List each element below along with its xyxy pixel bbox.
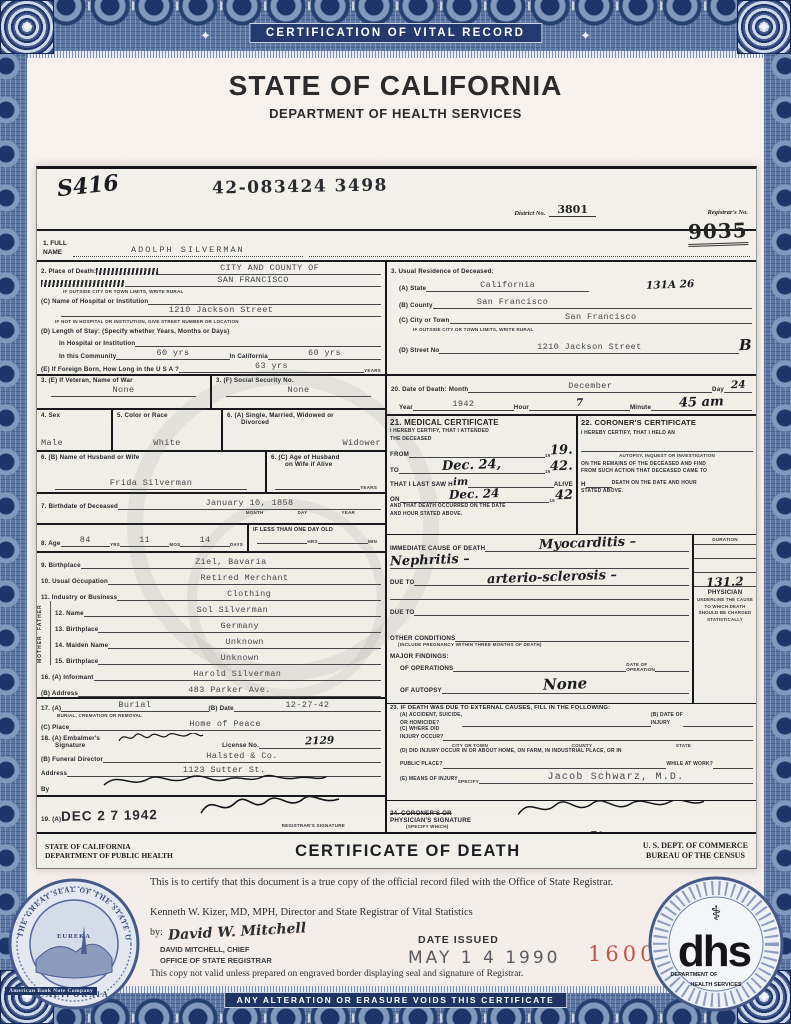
father-name-label: 12. Name: [55, 610, 84, 617]
date-issued-stamp: MAY 1 4 1990: [408, 948, 560, 968]
street-note: IF NOT IN HOSPITAL OR INSTITUTION, GIVE …: [55, 319, 239, 324]
state-sub: STATE: [676, 743, 691, 748]
father-birthplace-value: Germany: [220, 621, 259, 631]
spouse-age-years: YEARS: [360, 485, 377, 490]
rural-note: IF OUTSIDE CITY OR TOWN LIMITS, WRITE RU…: [63, 289, 183, 294]
border-right-lace: [764, 0, 791, 1024]
cause-of-death-section: IMMEDIATE CAUSE OF DEATH Myocarditis – N…: [387, 534, 756, 703]
bio-rows: 9. Birthplace Ziel, Bavaria 10. Usual Oc…: [37, 553, 385, 601]
dhs-sub2: HEALTH SERVICES: [690, 982, 741, 988]
duration-rule: [694, 559, 756, 573]
hrs-label: HRS: [307, 539, 317, 544]
physician-note: UNDERLINE THE CAUSE TO WHICH DEATH SHOUL…: [694, 596, 756, 624]
embalmer-section: 18. (A) Embalmer'sSignature License No. …: [37, 733, 385, 797]
disposition-value: Burial: [118, 700, 151, 710]
bank-note-company-label: American Bank Note Company: [5, 987, 97, 995]
certify-statement: This is to certify that this document is…: [150, 876, 670, 890]
immediate-cause-label: IMMEDIATE CAUSE OF DEATH: [390, 545, 485, 552]
page-subtitle: DEPARTMENT OF HEALTH SERVICES: [0, 106, 791, 121]
street-label: (D) Street No: [399, 347, 439, 354]
due-to-1-hw: arterio-sclerosis –: [487, 569, 617, 587]
race-cell: 5. Color or Race White: [113, 410, 223, 450]
physician-address-hw: 450 Sutter St: [506, 830, 604, 832]
spouse-label: 6. (B) Name of Husband or Wife: [41, 454, 261, 461]
age-label: 8. Age: [41, 540, 61, 547]
license-value: 2129: [305, 735, 335, 747]
mos-unit: MOS: [169, 542, 180, 547]
informant-value: Harold Silverman: [193, 669, 281, 679]
district-value: 3801: [549, 203, 596, 217]
day-label: Day: [712, 386, 724, 393]
registrar-label: Registrar's No.: [708, 209, 748, 216]
disposition-label: 17. (A): [41, 705, 61, 712]
burial-date-value: 12-27-42: [285, 700, 329, 710]
place-value-2: SAN FRANCISCO: [217, 275, 289, 285]
hatch-strip-top: [27, 51, 764, 58]
certification-banner: CERTIFICATION OF VITAL RECORD: [249, 23, 542, 43]
state-value: California: [480, 280, 535, 290]
ssn-cell: 3. (F) Social Security No. None: [212, 376, 385, 408]
sex-race-marital-row: 4. Sex Male 5. Color or Race White 6. (A…: [37, 410, 385, 452]
age-days: 14: [200, 535, 211, 545]
hospital-value: 1210 Jackson Street: [169, 305, 274, 315]
duration-header: DURATION: [694, 535, 756, 545]
footer-right: U. S. DEPT. OF COMMERCEBUREAU OF THE CEN…: [643, 841, 748, 860]
state-label: (A) State: [399, 285, 426, 292]
birthdate-value: January 10, 1858: [206, 498, 294, 508]
county-label: (B) County: [399, 302, 433, 309]
occupation-label: 10. Usual Occupation: [41, 578, 108, 585]
cause-line1-hw: Myocarditis –: [538, 535, 636, 551]
father-birthplace-label: 13. Birthplace: [55, 626, 98, 633]
due-to-1-label: DUE TO: [390, 579, 414, 586]
full-name-row: 1. FULLNAME ADOLPH SILVERMAN: [37, 229, 756, 262]
foreign-born-value: 63 yrs: [255, 361, 288, 371]
age-years: 84: [80, 535, 91, 545]
means-of-injury-label: (E) MEANS OF INJURY: [400, 776, 458, 784]
great-seal-eureka: EUREKA: [57, 933, 91, 940]
hour-label: Hour: [514, 404, 529, 411]
full-name-value: ADOLPH SILVERMAN: [131, 245, 245, 255]
footer-left: STATE OF CALIFORNIADEPARTMENT OF PUBLIC …: [45, 842, 173, 861]
parents-section: FATHER MOTHER 12. Name Sol Silverman 13.…: [37, 601, 385, 665]
sex-label: 4. Sex: [41, 412, 107, 419]
month-sub: MONTH: [246, 510, 264, 515]
birthplace-label: 9. Birthplace: [41, 562, 81, 569]
certificate-footer: STATE OF CALIFORNIADEPARTMENT OF PUBLIC …: [37, 832, 756, 868]
major-findings-label: MAJOR FINDINGS:: [390, 653, 449, 660]
registrar-row-label: 19. (A): [41, 816, 61, 823]
certificate-of-death-title: CERTIFICATE OF DEATH: [179, 842, 637, 861]
days-unit: DAYS: [230, 542, 243, 547]
alteration-warning-banner: ANY ALTERATION OR ERASURE VOIDS THIS CER…: [224, 992, 568, 1008]
star-icon: ✦: [580, 28, 591, 44]
specify-note: SPECIFY: [458, 779, 479, 784]
place-of-death-section: 2. Place of Death: CITY AND COUNTY OF SA…: [37, 262, 385, 376]
dhs-seal: ⚕ dhs DEPARTMENT OF HEALTH SERVICES: [646, 874, 786, 1014]
year-sub: YEAR: [341, 510, 355, 515]
street-margin-handwritten: B: [739, 336, 752, 354]
full-name-label: 1. FULLNAME: [43, 240, 67, 257]
residence-section: 3. Usual Residence of Deceased: (A) Stat…: [387, 262, 756, 376]
birthplace-value: Ziel, Bavaria: [195, 557, 267, 567]
to-label: TO: [390, 467, 399, 474]
where-injury-label: (C) WHERE DIDINJURY OCCUR?: [400, 726, 443, 741]
parents-tags: FATHER MOTHER: [37, 601, 51, 665]
spouse-age-label: 6. (C) Age of Husbandon Wife if Alive: [271, 454, 381, 468]
war-ssn-row: 3. (E) If Veteran, Name of War None 3. (…: [37, 376, 385, 410]
foreign-born-label: (E) If Foreign Born, How Long in the U S…: [41, 366, 179, 373]
left-column: 2. Place of Death: CITY AND COUNTY OF SA…: [37, 262, 387, 832]
physician-signature-scribble: [512, 800, 712, 820]
operations-label: OF OPERATIONS: [400, 665, 453, 672]
industry-value: Clothing: [227, 589, 271, 599]
coroner-body4: STATED ABOVE.: [581, 488, 753, 496]
marital-cell: 6. (A) Single, Married, Widowed orDivorc…: [223, 410, 385, 450]
coroner-certificate-cell: 22. CORONER'S CERTIFICATE I HEREBY CERTI…: [578, 416, 756, 534]
birthdate-row: 7. Birthdate of Deceased January 10, 185…: [37, 494, 385, 525]
medical-closing-text: AND THAT DEATH OCCURRED ON THE DATEAND H…: [390, 503, 573, 518]
medical-certificate-title: 21. MEDICAL CERTIFICATE: [390, 417, 573, 428]
spouse-cell: 6. (B) Name of Husband or Wife Frida Sil…: [37, 452, 265, 492]
mother-tag: MOTHER: [37, 633, 50, 665]
death-certificate-copy: S416 42-083424 3498 District No. 3801 Re…: [36, 166, 757, 869]
min-label: MIN: [368, 539, 377, 544]
ssn-value: None: [287, 385, 309, 395]
mother-birthplace-label: 15. Birthplace: [55, 658, 98, 665]
registrar-signature-label: REGISTRAR'S SIGNATURE: [282, 823, 345, 828]
mother-maiden-value: Unknown: [225, 637, 264, 647]
industry-label: 11. Industry or Business: [41, 594, 117, 601]
embalmer-label: 18. (A) Embalmer'sSignature: [41, 735, 100, 749]
right-column: 3. Usual Residence of Deceased: (A) Stat…: [387, 262, 756, 832]
external-causes-section: 23. IF DEATH WAS DUE TO EXTERNAL CAUSES,…: [387, 703, 756, 800]
burial-date-label: (B) Date: [209, 705, 234, 712]
birthdate-label: 7. Birthdate of Deceased: [41, 503, 118, 510]
informant-address-label: (B) Address: [41, 690, 78, 697]
death-month: December: [568, 381, 612, 391]
vital-record-page: ✦ ✦ ✦ ✦ ✦ CERTIFICATION OF VITAL RECORD …: [0, 0, 791, 1024]
by-label: By: [41, 786, 49, 793]
certificate-columns: 2. Place of Death: CITY AND COUNTY OF SA…: [37, 262, 756, 832]
length-of-stay-label: (D) Length of Stay: (Specify whether Yea…: [41, 328, 229, 335]
duration-rule: [694, 545, 756, 559]
did-injury-occur-label: (D) DID INJURY OCCUR IN OR ABOUT HOME, O…: [390, 748, 753, 756]
spouse-row: 6. (B) Name of Husband or Wife Frida Sil…: [37, 452, 385, 494]
registrar-statement: Kenneth W. Kizer, MD, MPH, Director and …: [150, 907, 690, 918]
district-label: District No.: [514, 210, 545, 217]
city-value: San Francisco: [565, 312, 637, 322]
death-hour: 7: [576, 398, 584, 409]
sex-cell: 4. Sex Male: [37, 410, 113, 450]
father-tag: FATHER: [37, 601, 50, 633]
other-conditions-label: OTHER CONDITIONS: [390, 635, 455, 642]
physician-signature-section: 24. CORONER'S ORPHYSICIAN'S SIGNATURE (S…: [387, 800, 756, 832]
county-value: San Francisco: [477, 297, 549, 307]
street-value: 1210 Jackson Street: [537, 342, 642, 352]
validity-note: This copy not valid unless prepared on e…: [150, 969, 690, 979]
mother-birthplace-value: Unknown: [220, 653, 259, 663]
due-to-2-label: DUE TO: [390, 609, 414, 616]
residence-label: 3. Usual Residence of Deceased:: [391, 268, 494, 275]
caduceus-icon: ⚕: [711, 903, 722, 925]
by-label: by:: [150, 927, 163, 938]
accident-label: (A) ACCIDENT, SUICIDE,OR HOMICIDE?: [400, 712, 462, 727]
death-day: 24: [731, 380, 746, 391]
physician-name-typed: Jacob Schwarz, M.D.: [548, 772, 685, 783]
district-number: District No. 3801: [514, 203, 596, 217]
death-minute: 45 am: [679, 395, 724, 410]
margin-code-handwritten: 131A 26: [646, 279, 695, 291]
autopsy-inquest-note: AUTOPSY, INQUEST OR INVESTIGATION: [581, 452, 753, 461]
public-place-label: PUBLIC PLACE?: [400, 761, 443, 769]
star-icon: ✦: [200, 28, 211, 44]
spouse-value: Frida Silverman: [110, 478, 193, 488]
year-label: Year: [399, 404, 413, 411]
page-title: STATE OF CALIFORNIA: [0, 70, 791, 102]
coroner-certificate-title: 22. CORONER'S CERTIFICATE: [581, 417, 753, 428]
marital-label: 6. (A) Single, Married, Widowed orDivorc…: [227, 412, 381, 426]
date-received-stamp: DEC 2 7 1942: [61, 807, 158, 824]
years-suffix: YEARS: [364, 368, 381, 373]
on-year-hw: 42: [555, 488, 574, 504]
medical-certify-text: I HEREBY CERTIFY, THAT I ATTENDEDTHE DEC…: [390, 428, 573, 443]
coroner-body3: DEATH ON THE DATE AND HOUR: [612, 480, 697, 488]
marital-value: Widower: [227, 438, 381, 448]
on-label: ON: [390, 496, 400, 503]
from-year-hw: 19.: [550, 443, 573, 459]
race-label: 5. Color or Race: [117, 412, 217, 419]
informant-section: 16. (A) Informant Harold Silverman (B) A…: [37, 665, 385, 699]
occupation-value: Retired Merchant: [200, 573, 288, 583]
day-sub: DAY: [298, 510, 308, 515]
funeral-by-signature-scribble: [100, 771, 330, 789]
registrar-signature-scribble: [195, 797, 345, 819]
file-code-handwritten: S416: [56, 170, 120, 202]
coroner-or-physician-label: 24. CORONER'S ORPHYSICIAN'S SIGNATURE: [390, 810, 471, 824]
duration-column: DURATION 131.2 PHYSICIAN UNDERLINE THE C…: [692, 535, 756, 703]
registrar-value: 9035: [688, 218, 749, 247]
medical-certificate-cell: 21. MEDICAL CERTIFICATE I HEREBY CERTIFY…: [387, 416, 578, 534]
sex-value: Male: [41, 438, 107, 448]
on-pre: 19: [549, 498, 555, 503]
star-icon: ✦: [1, 1, 53, 53]
less-than-day-cell: IF LESS THAN ONE DAY OLD HRSMIN: [247, 525, 385, 551]
state-file-number-stamp: 42-083424 3498: [212, 175, 388, 198]
date-of-death-section: 20. Date of Death: Month December Day 24…: [387, 376, 756, 416]
star-icon: ✦: [738, 1, 790, 53]
burial-place-value: Home of Peace: [189, 719, 261, 729]
city-label: (C) City or Town: [399, 317, 450, 324]
dhs-lettermark: dhs: [678, 927, 751, 976]
date-of-death-label: 20. Date of Death: Month: [391, 386, 468, 393]
embalmer-signature-scribble: [117, 733, 205, 745]
burial-place-label: (C) Place: [41, 724, 69, 731]
place-label: 2. Place of Death:: [41, 268, 96, 275]
disposition-section: 17. (A) Burial (B) Date 12-27-42 BURIAL,…: [37, 699, 385, 733]
border-left-lace: [0, 0, 27, 1024]
on-date-hw: Dec. 24: [449, 487, 500, 501]
coroner-certify-text: I HEREBY CERTIFY, THAT I HELD AN: [581, 428, 753, 444]
father-name-value: Sol Silverman: [197, 605, 269, 615]
cause-code-hw: 131.2: [706, 574, 744, 589]
cause-line2-hw: Nephritis –: [390, 553, 470, 569]
registrar-section: 19. (A) DEC 2 7 1942 REGISTRAR'S SIGNATU…: [37, 797, 385, 832]
certificate-head: S416 42-083424 3498 District No. 3801 Re…: [37, 169, 756, 229]
date-of-injury-label: (B) DATE OFINJURY: [651, 712, 683, 727]
registrar-number: Registrar's No. 9035: [688, 201, 748, 246]
death-year: 1942: [452, 399, 474, 409]
residence-rural-note: IF OUTSIDE CITY OR TOWN LIMITS, WRITE RU…: [413, 327, 533, 332]
corner-rosette-tr: ✦: [737, 0, 791, 54]
registrar-chief-block: DAVID MITCHELL, CHIEFOFFICE OF STATE REG…: [160, 944, 272, 967]
of-autopsy-label: OF AUTOPSY: [400, 687, 442, 694]
veteran-war-cell: 3. (E) If Veteran, Name of War None: [37, 376, 212, 408]
date-of-operation-label: DATE OFOPERATION: [626, 662, 655, 672]
date-issued-label: DATE ISSUED: [418, 934, 499, 946]
medical-coroner-section: 21. MEDICAL CERTIFICATE I HEREBY CERTIFY…: [387, 416, 756, 534]
crossed-out-scribble: [41, 280, 125, 287]
race-value: White: [117, 438, 217, 448]
autopsy-value-hw: None: [543, 676, 588, 693]
war-value: None: [112, 385, 134, 395]
minute-label: Minute: [630, 404, 651, 411]
community-label: In this Community: [59, 353, 116, 360]
age-months: 11: [139, 535, 150, 545]
coroner-body-text: ON THE REMAINS OF THE DECEASED AND FINDF…: [581, 461, 753, 476]
age-row: 8. Age 84YRS 11MOS 14DAYS IF LESS THAN O…: [37, 525, 385, 553]
to-date-hw: Dec. 24,: [442, 458, 502, 473]
yrs-unit: YRS: [110, 542, 120, 547]
spouse-age-cell: 6. (C) Age of Husbandon Wife if Alive YE…: [265, 452, 385, 492]
corner-rosette-tl: ✦: [0, 0, 54, 54]
to-year-hw: 42.: [550, 459, 573, 475]
dhs-sub1: DEPARTMENT OF: [671, 972, 719, 978]
informant-address-value: 483 Parker Ave.: [188, 685, 271, 695]
